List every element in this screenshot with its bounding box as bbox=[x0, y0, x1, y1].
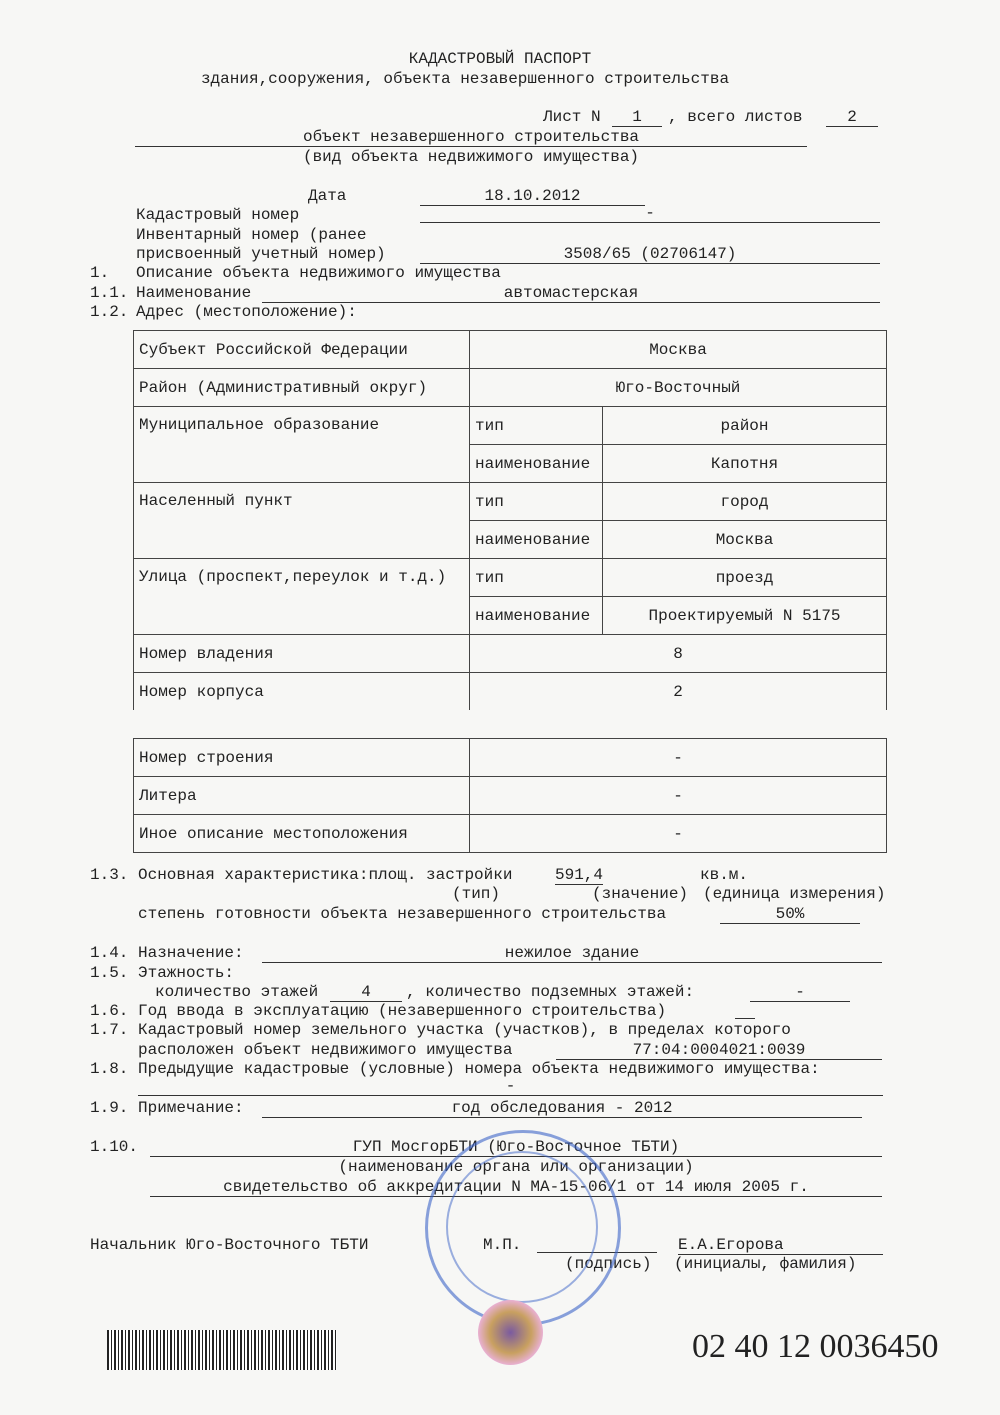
section-1-2-number: 1.2. bbox=[90, 303, 128, 321]
note-value: год обследования - 2012 bbox=[262, 1099, 862, 1118]
table-row: Район (Административный округ) Юго-Восто… bbox=[134, 369, 887, 407]
municipal-type-label: тип bbox=[470, 407, 603, 445]
section-1-10-number: 1.10. bbox=[90, 1138, 138, 1156]
underground-value: - bbox=[750, 983, 850, 1002]
name-label: Наименование bbox=[136, 284, 251, 302]
table-row: Номер строения - bbox=[134, 739, 887, 777]
other-value: - bbox=[470, 815, 887, 853]
table-row: Литера - bbox=[134, 777, 887, 815]
street-name-value: Проектируемый N 5175 bbox=[603, 597, 887, 635]
district-label: Район (Административный округ) bbox=[134, 369, 470, 407]
municipal-type-value: район bbox=[603, 407, 887, 445]
land-plot-label-1: Кадастровый номер земельного участка (уч… bbox=[138, 1021, 791, 1039]
house-value: 8 bbox=[470, 635, 887, 673]
inventory-value: 3508/65 (02706147) bbox=[420, 245, 880, 264]
date-label: Дата bbox=[308, 187, 346, 205]
municipal-label: Муниципальное образование bbox=[134, 407, 470, 483]
table-row: Номер владения 8 bbox=[134, 635, 887, 673]
address-table-continued: Номер строения - Литера - Иное описание … bbox=[133, 738, 887, 853]
value-caption: (значение) bbox=[592, 885, 688, 903]
signatory-name-caption: (инициалы, фамилия) bbox=[674, 1255, 856, 1273]
house-label: Номер владения bbox=[134, 635, 470, 673]
unit-caption: (единица измерения) bbox=[703, 885, 885, 903]
letter-label: Литера bbox=[134, 777, 470, 815]
municipal-name-value: Капотня bbox=[603, 445, 887, 483]
address-label: Адрес (местоположение): bbox=[136, 303, 357, 321]
main-characteristic-label: Основная характеристика:площ. застройки bbox=[138, 866, 512, 884]
document-subtitle: здания,сооружения, объекта незавершенног… bbox=[0, 70, 930, 88]
total-sheets-label: , всего листов bbox=[668, 108, 802, 126]
building-label: Номер строения bbox=[134, 739, 470, 777]
section-1-9-number: 1.9. bbox=[90, 1099, 128, 1117]
municipal-name-label: наименование bbox=[470, 445, 603, 483]
object-type-caption: (вид объекта недвижимого имущества) bbox=[135, 148, 807, 166]
section-1-6-number: 1.6. bbox=[90, 1002, 128, 1020]
section-1-4-number: 1.4. bbox=[90, 944, 128, 962]
section-1-3-number: 1.3. bbox=[90, 866, 128, 884]
subject-value: Москва bbox=[470, 331, 887, 369]
form-serial-number: 02 40 12 0036450 bbox=[692, 1328, 939, 1366]
signatory-position: Начальник Юго-Восточного ТБТИ bbox=[90, 1236, 368, 1254]
section-1-5-number: 1.5. bbox=[90, 964, 128, 982]
table-row: Муниципальное образование тип район bbox=[134, 407, 887, 445]
section-1-number: 1. bbox=[90, 264, 109, 282]
settlement-type-value: город bbox=[603, 483, 887, 521]
commissioning-year-value bbox=[735, 1018, 755, 1019]
district-value: Юго-Восточный bbox=[470, 369, 887, 407]
corpus-value: 2 bbox=[470, 673, 887, 711]
underground-label: , количество подземных этажей: bbox=[406, 983, 694, 1001]
address-table: Субъект Российской Федерации Москва Райо… bbox=[133, 330, 887, 710]
sheet-label: Лист N bbox=[543, 108, 601, 126]
settlement-name-value: Москва bbox=[603, 521, 887, 559]
street-type-label: тип bbox=[470, 559, 603, 597]
letter-value: - bbox=[470, 777, 887, 815]
table-row: Субъект Российской Федерации Москва bbox=[134, 331, 887, 369]
street-label: Улица (проспект,переулок и т.д.) bbox=[134, 559, 470, 635]
inventory-label-2: присвоенный учетный номер) bbox=[136, 245, 386, 263]
cadastral-label: Кадастровый номер bbox=[136, 206, 299, 224]
section-1-1-number: 1.1. bbox=[90, 284, 128, 302]
table-row: Населенный пункт тип город bbox=[134, 483, 887, 521]
land-plot-value: 77:04:0004021:0039 bbox=[556, 1041, 882, 1060]
readiness-value: 50% bbox=[720, 905, 860, 924]
hologram-sticker-icon bbox=[478, 1300, 543, 1365]
settlement-name-label: наименование bbox=[470, 521, 603, 559]
table-row: Улица (проспект,переулок и т.д.) тип про… bbox=[134, 559, 887, 597]
object-type: объект незавершенного строительства bbox=[135, 128, 807, 147]
note-label: Примечание: bbox=[138, 1099, 244, 1117]
other-label: Иное описание местоположения bbox=[134, 815, 470, 853]
street-type-value: проезд bbox=[603, 559, 887, 597]
total-sheets: 2 bbox=[826, 108, 878, 127]
sheet-number: 1 bbox=[612, 108, 662, 127]
purpose-value: нежилое здание bbox=[262, 944, 882, 963]
commissioning-year-label: Год ввода в эксплуатацию (незавершенного… bbox=[138, 1002, 666, 1020]
building-value: - bbox=[470, 739, 887, 777]
floors-section-label: Этажность: bbox=[138, 964, 234, 982]
section-1-7-number: 1.7. bbox=[90, 1021, 128, 1039]
type-caption: (тип) bbox=[452, 885, 500, 903]
purpose-label: Назначение: bbox=[138, 944, 244, 962]
readiness-label: степень готовности объекта незавершенног… bbox=[138, 905, 666, 923]
barcode-icon bbox=[107, 1330, 337, 1370]
table-row: Номер корпуса 2 bbox=[134, 673, 887, 711]
subject-label: Субъект Российской Федерации bbox=[134, 331, 470, 369]
land-plot-label-2: расположен объект недвижимого имущества bbox=[138, 1041, 512, 1059]
previous-numbers-label: Предыдущие кадастровые (условные) номера… bbox=[138, 1060, 820, 1078]
signatory-name: Е.А.Егорова bbox=[678, 1236, 883, 1255]
inventory-label-1: Инвентарный номер (ранее bbox=[136, 226, 366, 244]
settlement-label: Населенный пункт bbox=[134, 483, 470, 559]
street-name-label: наименование bbox=[470, 597, 603, 635]
table-row: Иное описание местоположения - bbox=[134, 815, 887, 853]
section-1-8-number: 1.8. bbox=[90, 1060, 128, 1078]
area-value: 591,4 bbox=[555, 866, 603, 885]
settlement-type-label: тип bbox=[470, 483, 603, 521]
floors-label: количество этажей bbox=[155, 983, 318, 1001]
section-1-title: Описание объекта недвижимого имущества bbox=[136, 264, 501, 282]
document-title: КАДАСТРОВЫЙ ПАСПОРТ bbox=[0, 50, 1000, 68]
official-seal-icon bbox=[425, 1130, 621, 1326]
corpus-label: Номер корпуса bbox=[134, 673, 470, 711]
previous-numbers-value: - bbox=[138, 1077, 883, 1096]
cadastral-value: - bbox=[420, 204, 880, 223]
name-value: автомастерская bbox=[262, 284, 880, 303]
floors-value: 4 bbox=[330, 983, 402, 1002]
area-unit: кв.м. bbox=[700, 866, 748, 884]
